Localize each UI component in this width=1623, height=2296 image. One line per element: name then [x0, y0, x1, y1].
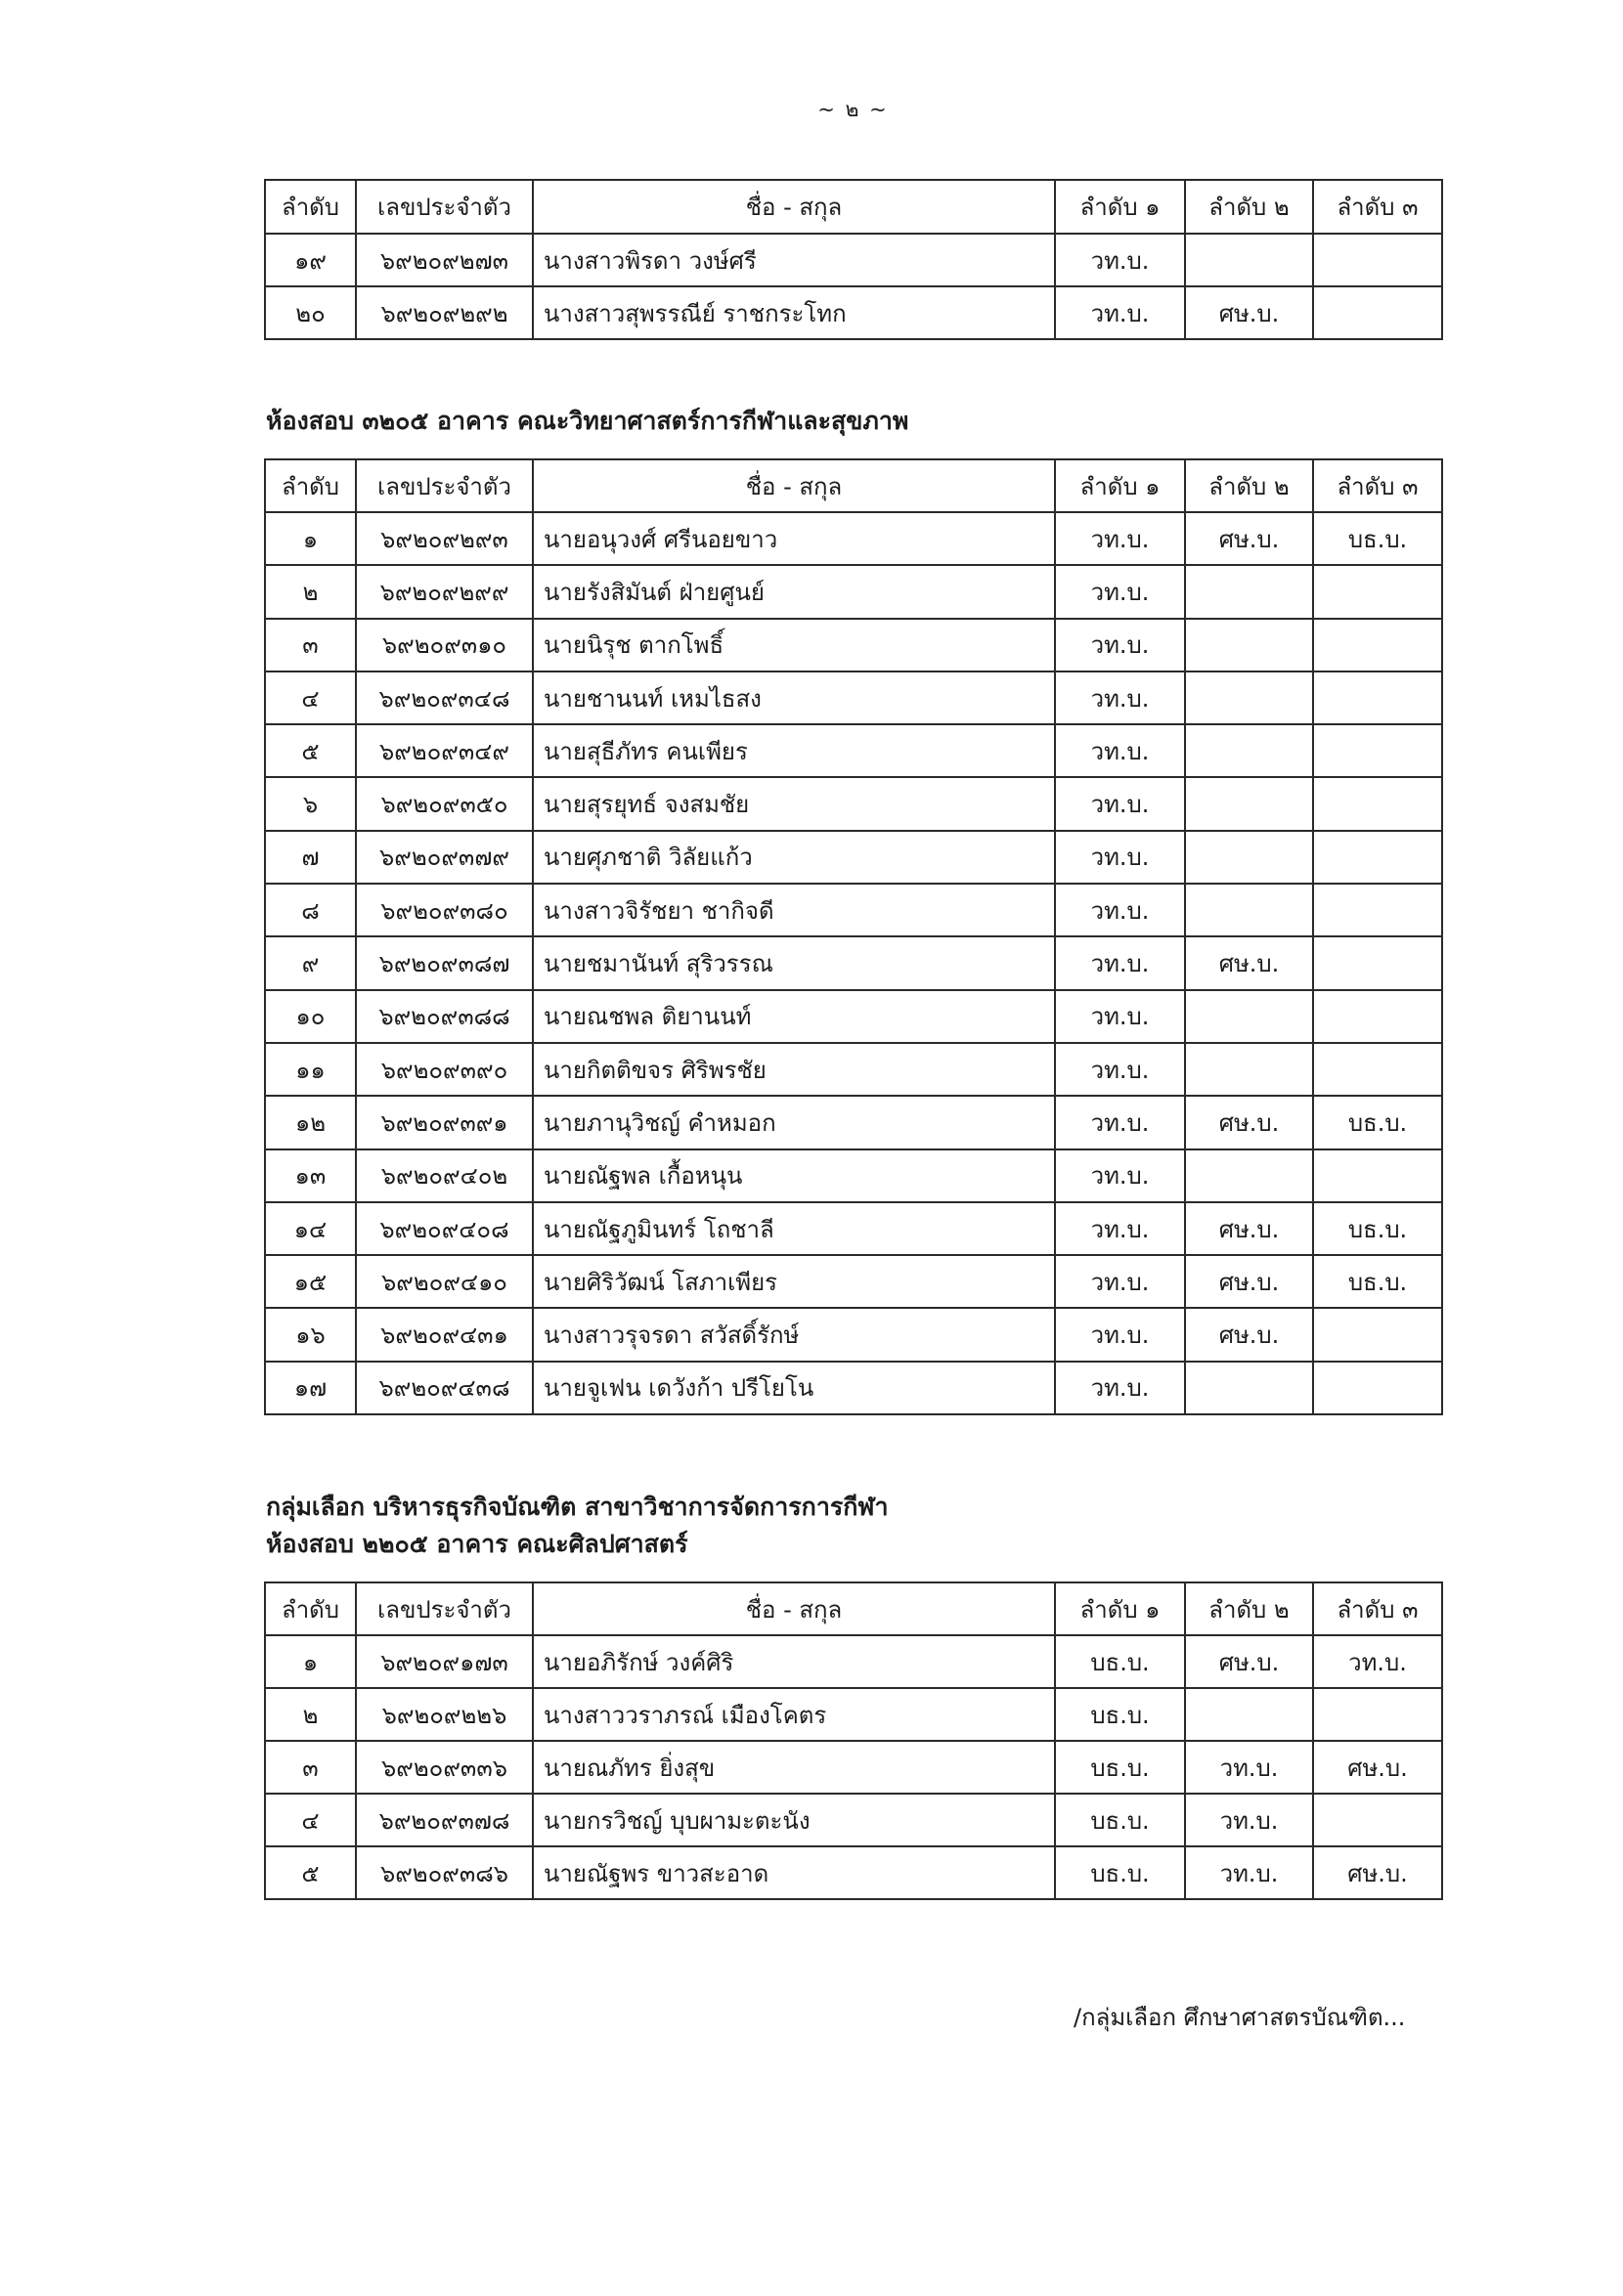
- choice-2: [1185, 1362, 1313, 1414]
- col-header-choice-3: ลำดับ ๓: [1313, 459, 1442, 512]
- choice-2: ศษ.บ.: [1185, 512, 1313, 565]
- row-number: ๗: [265, 831, 356, 884]
- choice-1: วท.บ.: [1055, 512, 1185, 565]
- choice-3: บธ.บ.: [1313, 1096, 1442, 1148]
- col-header-choice-3: ลำดับ ๓: [1313, 1582, 1442, 1635]
- row-number: ๒๐: [265, 286, 356, 339]
- student-id: ๖๙๒๐๙๓๑๐: [356, 619, 533, 671]
- student-name: นางสาวรุจรดา สวัสดิ์รักษ์: [533, 1308, 1055, 1361]
- choice-3: [1313, 884, 1442, 936]
- student-id: ๖๙๒๐๙๔๓๘: [356, 1362, 533, 1414]
- student-id: ๖๙๒๐๙๒๗๓: [356, 234, 533, 286]
- student-id: ๖๙๒๐๙๔๐๒: [356, 1149, 533, 1202]
- col-header-choice-3: ลำดับ ๓: [1313, 180, 1442, 234]
- table-row: ๖๖๙๒๐๙๓๕๐นายสุรยุทธ์ จงสมชัยวท.บ.: [265, 777, 1442, 830]
- student-name: นายณชพล ติยานนท์: [533, 990, 1055, 1043]
- table-row: ๑๐๖๙๒๐๙๓๘๘นายณชพล ติยานนท์วท.บ.: [265, 990, 1442, 1043]
- table-row: ๑๓๖๙๒๐๙๔๐๒นายณัฐพล เกื้อหนุนวท.บ.: [265, 1149, 1442, 1202]
- choice-2: [1185, 619, 1313, 671]
- choice-2: ศษ.บ.: [1185, 1255, 1313, 1308]
- col-header-choice-1: ลำดับ ๑: [1055, 459, 1185, 512]
- table-row: ๑๖๙๒๐๙๒๙๓นายอนุวงศ์ ศรีนอยขาววท.บ.ศษ.บ.บ…: [265, 512, 1442, 565]
- choice-1: บธ.บ.: [1055, 1635, 1185, 1688]
- col-header-choice-1: ลำดับ ๑: [1055, 180, 1185, 234]
- student-name: นางสาวพิรดา วงษ์ศรี: [533, 234, 1055, 286]
- row-number: ๓: [265, 619, 356, 671]
- row-number: ๑๕: [265, 1255, 356, 1308]
- col-header-no: ลำดับ: [265, 459, 356, 512]
- table-row: ๒๐๖๙๒๐๙๒๙๒นางสาวสุพรรณีย์ ราชกระโทกวท.บ.…: [265, 286, 1442, 339]
- row-number: ๕: [265, 1846, 356, 1899]
- choice-1: วท.บ.: [1055, 1149, 1185, 1202]
- table-row: ๔๖๙๒๐๙๓๗๘นายกรวิชญ์ บุบผามะตะนังบธ.บ.วท.…: [265, 1794, 1442, 1846]
- student-id: ๖๙๒๐๙๓๙๑: [356, 1096, 533, 1148]
- choice-3: ศษ.บ.: [1313, 1846, 1442, 1899]
- student-name: นางสาวจิรัชยา ชากิจดี: [533, 884, 1055, 936]
- choice-2: [1185, 724, 1313, 777]
- choice-1: วท.บ.: [1055, 619, 1185, 671]
- choice-3: [1313, 234, 1442, 286]
- choice-1: วท.บ.: [1055, 936, 1185, 989]
- student-id: ๖๙๒๐๙๒๙๙: [356, 565, 533, 618]
- student-name: นายสุรยุทธ์ จงสมชัย: [533, 777, 1055, 830]
- row-number: ๑๔: [265, 1202, 356, 1255]
- choice-3: [1313, 831, 1442, 884]
- col-header-name: ชื่อ - สกุล: [533, 1582, 1055, 1635]
- col-header-choice-2: ลำดับ ๒: [1185, 180, 1313, 234]
- row-number: ๑๒: [265, 1096, 356, 1148]
- choice-2: [1185, 1043, 1313, 1096]
- choice-1: วท.บ.: [1055, 1096, 1185, 1148]
- page-number: ~ ๒ ~: [0, 94, 1623, 126]
- choice-2: ศษ.บ.: [1185, 1096, 1313, 1148]
- roster-table-room-3205: ลำดับ เลขประจำตัว ชื่อ - สกุล ลำดับ ๑ ลำ…: [264, 458, 1443, 1415]
- choice-3: [1313, 1362, 1442, 1414]
- choice-1: วท.บ.: [1055, 724, 1185, 777]
- row-number: ๒: [265, 1688, 356, 1741]
- col-header-name: ชื่อ - สกุล: [533, 459, 1055, 512]
- table-row: ๒๖๙๒๐๙๒๒๖นางสาววราภรณ์ เมืองโคตรบธ.บ.: [265, 1688, 1442, 1741]
- row-number: ๑๓: [265, 1149, 356, 1202]
- choice-2: วท.บ.: [1185, 1846, 1313, 1899]
- choice-3: [1313, 936, 1442, 989]
- choice-2: [1185, 884, 1313, 936]
- exam-room-heading: ห้องสอบ ๒๒๐๕ อาคาร คณะศิลปศาสตร์: [266, 1528, 688, 1561]
- choice-3: ศษ.บ.: [1313, 1741, 1442, 1794]
- choice-2: วท.บ.: [1185, 1741, 1313, 1794]
- student-id: ๖๙๒๐๙๔๓๑: [356, 1308, 533, 1361]
- student-name: นายณัฐภูมินทร์ โถชาลี: [533, 1202, 1055, 1255]
- choice-3: [1313, 1308, 1442, 1361]
- choice-2: [1185, 831, 1313, 884]
- choice-3: [1313, 1794, 1442, 1846]
- student-name: นายรังสิมันต์ ฝ่ายศูนย์: [533, 565, 1055, 618]
- choice-1: บธ.บ.: [1055, 1794, 1185, 1846]
- student-id: ๖๙๒๐๙๓๘๖: [356, 1846, 533, 1899]
- table-row: ๑๙๖๙๒๐๙๒๗๓นางสาวพิรดา วงษ์ศรีวท.บ.: [265, 234, 1442, 286]
- choice-1: บธ.บ.: [1055, 1846, 1185, 1899]
- table-row: ๓๖๙๒๐๙๓๓๖นายณภัทร ยิ่งสุขบธ.บ.วท.บ.ศษ.บ.: [265, 1741, 1442, 1794]
- student-name: นายจูเฟน เดวังก้า ปรีโยโน: [533, 1362, 1055, 1414]
- choice-1: วท.บ.: [1055, 1362, 1185, 1414]
- student-id: ๖๙๒๐๙๓๓๖: [356, 1741, 533, 1794]
- row-number: ๑: [265, 512, 356, 565]
- row-number: ๑: [265, 1635, 356, 1688]
- student-name: นายชมานันท์ สุริวรรณ: [533, 936, 1055, 989]
- table-row: ๑๗๖๙๒๐๙๔๓๘นายจูเฟน เดวังก้า ปรีโยโนวท.บ.: [265, 1362, 1442, 1414]
- choice-3: วท.บ.: [1313, 1635, 1442, 1688]
- table-row: ๕๖๙๒๐๙๓๘๖นายณัฐพร ขาวสะอาดบธ.บ.วท.บ.ศษ.บ…: [265, 1846, 1442, 1899]
- col-header-id: เลขประจำตัว: [356, 1582, 533, 1635]
- table-row: ๑๖๙๒๐๙๑๗๓นายอภิรักษ์ วงค์ศิริบธ.บ.ศษ.บ.ว…: [265, 1635, 1442, 1688]
- table-row: ๙๖๙๒๐๙๓๘๗นายชมานันท์ สุริวรรณวท.บ.ศษ.บ.: [265, 936, 1442, 989]
- student-id: ๖๙๒๐๙๓๔๙: [356, 724, 533, 777]
- choice-2: ศษ.บ.: [1185, 1635, 1313, 1688]
- choice-3: [1313, 671, 1442, 724]
- table-row: ๑๖๖๙๒๐๙๔๓๑นางสาวรุจรดา สวัสดิ์รักษ์วท.บ.…: [265, 1308, 1442, 1361]
- row-number: ๑๑: [265, 1043, 356, 1096]
- choice-1: วท.บ.: [1055, 777, 1185, 830]
- choice-1: วท.บ.: [1055, 990, 1185, 1043]
- row-number: ๔: [265, 1794, 356, 1846]
- student-name: นางสาววราภรณ์ เมืองโคตร: [533, 1688, 1055, 1741]
- roster-table-room-2205: ลำดับ เลขประจำตัว ชื่อ - สกุล ลำดับ ๑ ลำ…: [264, 1581, 1443, 1900]
- choice-3: [1313, 286, 1442, 339]
- student-id: ๖๙๒๐๙๓๙๐: [356, 1043, 533, 1096]
- exam-room-heading: ห้องสอบ ๓๒๐๕ อาคาร คณะวิทยาศาสตร์การกีฬา…: [266, 405, 908, 438]
- table-row: ๑๑๖๙๒๐๙๓๙๐นายกิตติขจร ศิริพรชัยวท.บ.: [265, 1043, 1442, 1096]
- choice-1: บธ.บ.: [1055, 1688, 1185, 1741]
- table-row: ๘๖๙๒๐๙๓๘๐นางสาวจิรัชยา ชากิจดีวท.บ.: [265, 884, 1442, 936]
- student-name: นายศิริวัฒน์ โสภาเพียร: [533, 1255, 1055, 1308]
- choice-2: ศษ.บ.: [1185, 936, 1313, 989]
- row-number: ๑๐: [265, 990, 356, 1043]
- student-name: นายอนุวงศ์ ศรีนอยขาว: [533, 512, 1055, 565]
- table-row: ๒๖๙๒๐๙๒๙๙นายรังสิมันต์ ฝ่ายศูนย์วท.บ.: [265, 565, 1442, 618]
- table-row: ๗๖๙๒๐๙๓๗๙นายศุภชาติ วิลัยแก้ววท.บ.: [265, 831, 1442, 884]
- student-id: ๖๙๒๐๙๓๕๐: [356, 777, 533, 830]
- choice-1: วท.บ.: [1055, 565, 1185, 618]
- row-number: ๙: [265, 936, 356, 989]
- table-row: ๓๖๙๒๐๙๓๑๐นายนิรุช ตากโพธิ์วท.บ.: [265, 619, 1442, 671]
- student-id: ๖๙๒๐๙๓๗๘: [356, 1794, 533, 1846]
- choice-1: วท.บ.: [1055, 831, 1185, 884]
- choice-1: วท.บ.: [1055, 286, 1185, 339]
- student-name: นายณภัทร ยิ่งสุข: [533, 1741, 1055, 1794]
- choice-1: วท.บ.: [1055, 1202, 1185, 1255]
- table-row: ๑๒๖๙๒๐๙๓๙๑นายภานุวิชญ์ คำหมอกวท.บ.ศษ.บ.บ…: [265, 1096, 1442, 1148]
- col-header-no: ลำดับ: [265, 180, 356, 234]
- choice-2: [1185, 671, 1313, 724]
- choice-2: วท.บ.: [1185, 1794, 1313, 1846]
- choice-2: ศษ.บ.: [1185, 1202, 1313, 1255]
- choice-2: [1185, 1149, 1313, 1202]
- col-header-id: เลขประจำตัว: [356, 459, 533, 512]
- continuation-note: /กลุ่มเลือก ศึกษาศาสตรบัณฑิต...: [1074, 1998, 1405, 2036]
- student-name: นางสาวสุพรรณีย์ ราชกระโทก: [533, 286, 1055, 339]
- student-name: นายณัฐพร ขาวสะอาด: [533, 1846, 1055, 1899]
- col-header-no: ลำดับ: [265, 1582, 356, 1635]
- col-header-choice-2: ลำดับ ๒: [1185, 1582, 1313, 1635]
- choice-3: [1313, 777, 1442, 830]
- student-id: ๖๙๒๐๙๔๑๐: [356, 1255, 533, 1308]
- col-header-choice-2: ลำดับ ๒: [1185, 459, 1313, 512]
- table-row: ๔๖๙๒๐๙๓๔๘นายชานนท์ เหมไธสงวท.บ.: [265, 671, 1442, 724]
- student-id: ๖๙๒๐๙๓๔๘: [356, 671, 533, 724]
- student-name: นายศุภชาติ วิลัยแก้ว: [533, 831, 1055, 884]
- choice-3: [1313, 990, 1442, 1043]
- choice-2: [1185, 234, 1313, 286]
- table-row: ๕๖๙๒๐๙๓๔๙นายสุธีภัทร คนเพียรวท.บ.: [265, 724, 1442, 777]
- choice-2: [1185, 1688, 1313, 1741]
- choice-3: [1313, 724, 1442, 777]
- choice-3: [1313, 1149, 1442, 1202]
- student-name: นายกรวิชญ์ บุบผามะตะนัง: [533, 1794, 1055, 1846]
- row-number: ๑๗: [265, 1362, 356, 1414]
- choice-3: [1313, 1688, 1442, 1741]
- choice-1: วท.บ.: [1055, 234, 1185, 286]
- student-name: นายชานนท์ เหมไธสง: [533, 671, 1055, 724]
- col-header-id: เลขประจำตัว: [356, 180, 533, 234]
- row-number: ๑๖: [265, 1308, 356, 1361]
- row-number: ๕: [265, 724, 356, 777]
- student-id: ๖๙๒๐๙๓๘๗: [356, 936, 533, 989]
- choice-3: บธ.บ.: [1313, 1202, 1442, 1255]
- choice-3: บธ.บ.: [1313, 512, 1442, 565]
- row-number: ๖: [265, 777, 356, 830]
- row-number: ๒: [265, 565, 356, 618]
- student-name: นายภานุวิชญ์ คำหมอก: [533, 1096, 1055, 1148]
- student-name: นายสุธีภัทร คนเพียร: [533, 724, 1055, 777]
- choice-2: [1185, 565, 1313, 618]
- choice-2: [1185, 990, 1313, 1043]
- choice-1: วท.บ.: [1055, 884, 1185, 936]
- row-number: ๑๙: [265, 234, 356, 286]
- student-id: ๖๙๒๐๙๑๗๓: [356, 1635, 533, 1688]
- student-id: ๖๙๒๐๙๔๐๘: [356, 1202, 533, 1255]
- choice-3: [1313, 565, 1442, 618]
- choice-1: วท.บ.: [1055, 671, 1185, 724]
- student-name: นายณัฐพล เกื้อหนุน: [533, 1149, 1055, 1202]
- table-row: ๑๔๖๙๒๐๙๔๐๘นายณัฐภูมินทร์ โถชาลีวท.บ.ศษ.บ…: [265, 1202, 1442, 1255]
- choice-2: ศษ.บ.: [1185, 1308, 1313, 1361]
- choice-1: วท.บ.: [1055, 1308, 1185, 1361]
- row-number: ๓: [265, 1741, 356, 1794]
- choice-3: [1313, 1043, 1442, 1096]
- student-id: ๖๙๒๐๙๒๙๒: [356, 286, 533, 339]
- roster-table-continued: ลำดับ เลขประจำตัว ชื่อ - สกุล ลำดับ ๑ ลำ…: [264, 179, 1443, 340]
- choice-3: [1313, 619, 1442, 671]
- row-number: ๔: [265, 671, 356, 724]
- col-header-name: ชื่อ - สกุล: [533, 180, 1055, 234]
- table-row: ๑๕๖๙๒๐๙๔๑๐นายศิริวัฒน์ โสภาเพียรวท.บ.ศษ.…: [265, 1255, 1442, 1308]
- student-name: นายอภิรักษ์ วงค์ศิริ: [533, 1635, 1055, 1688]
- row-number: ๘: [265, 884, 356, 936]
- program-group-heading: กลุ่มเลือก บริหารธุรกิจบัณฑิต สาขาวิชากา…: [266, 1491, 889, 1524]
- choice-1: วท.บ.: [1055, 1255, 1185, 1308]
- choice-2: ศษ.บ.: [1185, 286, 1313, 339]
- choice-3: บธ.บ.: [1313, 1255, 1442, 1308]
- choice-2: [1185, 777, 1313, 830]
- student-id: ๖๙๒๐๙๓๘๐: [356, 884, 533, 936]
- student-id: ๖๙๒๐๙๒๒๖: [356, 1688, 533, 1741]
- student-id: ๖๙๒๐๙๓๗๙: [356, 831, 533, 884]
- choice-1: วท.บ.: [1055, 1043, 1185, 1096]
- student-id: ๖๙๒๐๙๒๙๓: [356, 512, 533, 565]
- choice-1: บธ.บ.: [1055, 1741, 1185, 1794]
- student-name: นายกิตติขจร ศิริพรชัย: [533, 1043, 1055, 1096]
- col-header-choice-1: ลำดับ ๑: [1055, 1582, 1185, 1635]
- student-name: นายนิรุช ตากโพธิ์: [533, 619, 1055, 671]
- student-id: ๖๙๒๐๙๓๘๘: [356, 990, 533, 1043]
